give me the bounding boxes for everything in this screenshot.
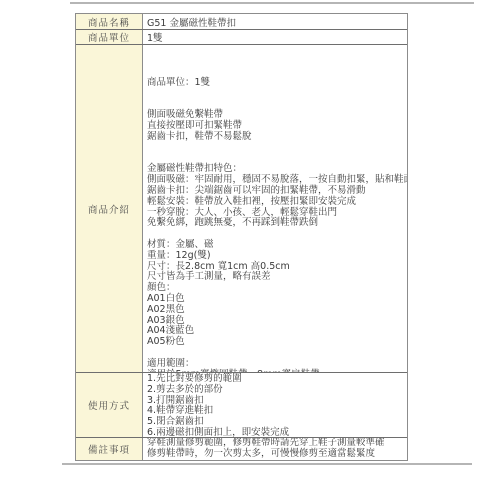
table-row-product-name: 商品名稱 G51 金屬磁性鞋帶扣 — [76, 14, 407, 30]
row-label-product-name: 商品名稱 — [76, 14, 143, 29]
table-row-product-intro: 商品介紹 商品單位：1雙 側面吸磁免繫鞋帶直接按壓即可扣緊鞋帶鋸齒卡扣，鞋帶不易… — [76, 45, 407, 373]
text-line: 免繫免綁，跑跳無憂，不再踩到鞋帶跌倒 — [147, 218, 407, 229]
text-line: A04淺藍色 — [147, 326, 407, 337]
text-line — [147, 143, 407, 154]
row-label-product-unit: 商品單位 — [76, 30, 143, 44]
product-name-value: G51 金屬磁性鞋帶扣 — [143, 14, 407, 29]
text-line — [147, 89, 407, 100]
text-line: A02黑色 — [147, 305, 407, 316]
table-row-usage: 使用方式 1.先比對要修剪的範圍2.剪去多於的部份3.打開鋸齒扣4.鞋帶穿進鞋扣… — [76, 373, 407, 438]
text-line: 尺寸皆為手工測量，略有誤差 — [147, 272, 407, 283]
top-divider-line — [70, 2, 474, 4]
row-label-usage: 使用方式 — [76, 373, 143, 437]
text-line: 6.兩邊磁扣側面扣上，即安裝完成 — [147, 428, 407, 437]
text-line: 適用於5mm寬橢圓鞋帶、8mm寬扁鞋帶、 — [147, 370, 407, 372]
text-line: 顏色： — [147, 283, 407, 294]
text-line: 修剪鞋帶時，勿一次剪太多，可慢慢修剪至適當鬆緊度 — [147, 449, 407, 460]
row-label-product-intro: 商品介紹 — [76, 45, 143, 372]
text-line: 適用範圍： — [147, 359, 407, 370]
text-line: 重量：12g(雙) — [147, 251, 407, 262]
product-intro-value: 商品單位：1雙 側面吸磁免繫鞋帶直接按壓即可扣緊鞋帶鋸齒卡扣，鞋帶不易鬆脫 金屬… — [143, 45, 407, 372]
page: 商品名稱 G51 金屬磁性鞋帶扣 商品單位 1雙 商品介紹 商品單位：1雙 側面… — [0, 0, 480, 480]
text-line: A05粉色 — [147, 337, 407, 348]
bottom-divider-line — [62, 463, 472, 465]
table-row-product-unit: 商品單位 1雙 — [76, 30, 407, 45]
text-line: A01白色 — [147, 294, 407, 305]
table-row-notes: 備註事項 穿鞋測量修剪範圍，修剪鞋帶時請先穿上鞋子測量較準確修剪鞋帶時，勿一次剪… — [76, 438, 407, 460]
text-line: 商品單位：1雙 — [147, 78, 407, 89]
text-line: 2.剪去多於的部份 — [147, 385, 407, 396]
text-line: 輕鬆安裝：鞋帶放入鞋扣裡，按壓扣緊即安裝完成 — [147, 197, 407, 208]
notes-value: 穿鞋測量修剪範圍，修剪鞋帶時請先穿上鞋子測量較準確修剪鞋帶時，勿一次剪太多，可慢… — [143, 438, 407, 460]
usage-steps-value: 1.先比對要修剪的範圍2.剪去多於的部份3.打開鋸齒扣4.鞋帶穿進鞋扣5.閉合鋸… — [143, 373, 407, 437]
product-spec-table: 商品名稱 G51 金屬磁性鞋帶扣 商品單位 1雙 商品介紹 商品單位：1雙 側面… — [75, 13, 408, 461]
product-unit-value: 1雙 — [143, 30, 407, 44]
text-line: 鋸齒卡扣，鞋帶不易鬆脫 — [147, 132, 407, 143]
row-label-notes: 備註事項 — [76, 438, 143, 460]
